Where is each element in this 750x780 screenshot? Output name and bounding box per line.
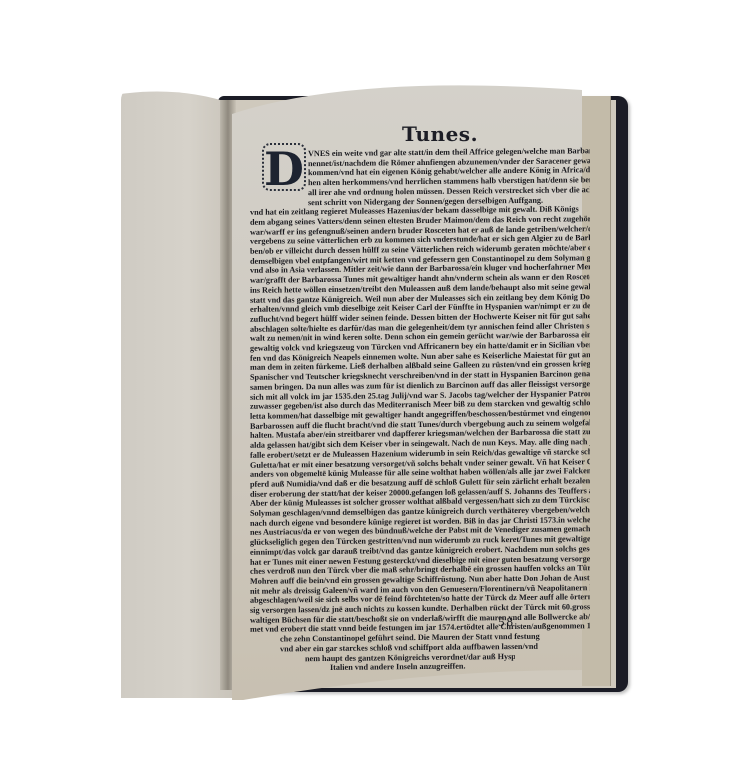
left-page xyxy=(121,86,233,698)
page-number: 58 xyxy=(498,614,515,630)
body-text: VNES ein weite vnd gar alte statt/in dem… xyxy=(250,146,590,674)
open-book-photo: Tunes. D VNES ein weite vnd gar alte sta… xyxy=(0,0,750,780)
page-title: Tunes. xyxy=(380,122,500,146)
